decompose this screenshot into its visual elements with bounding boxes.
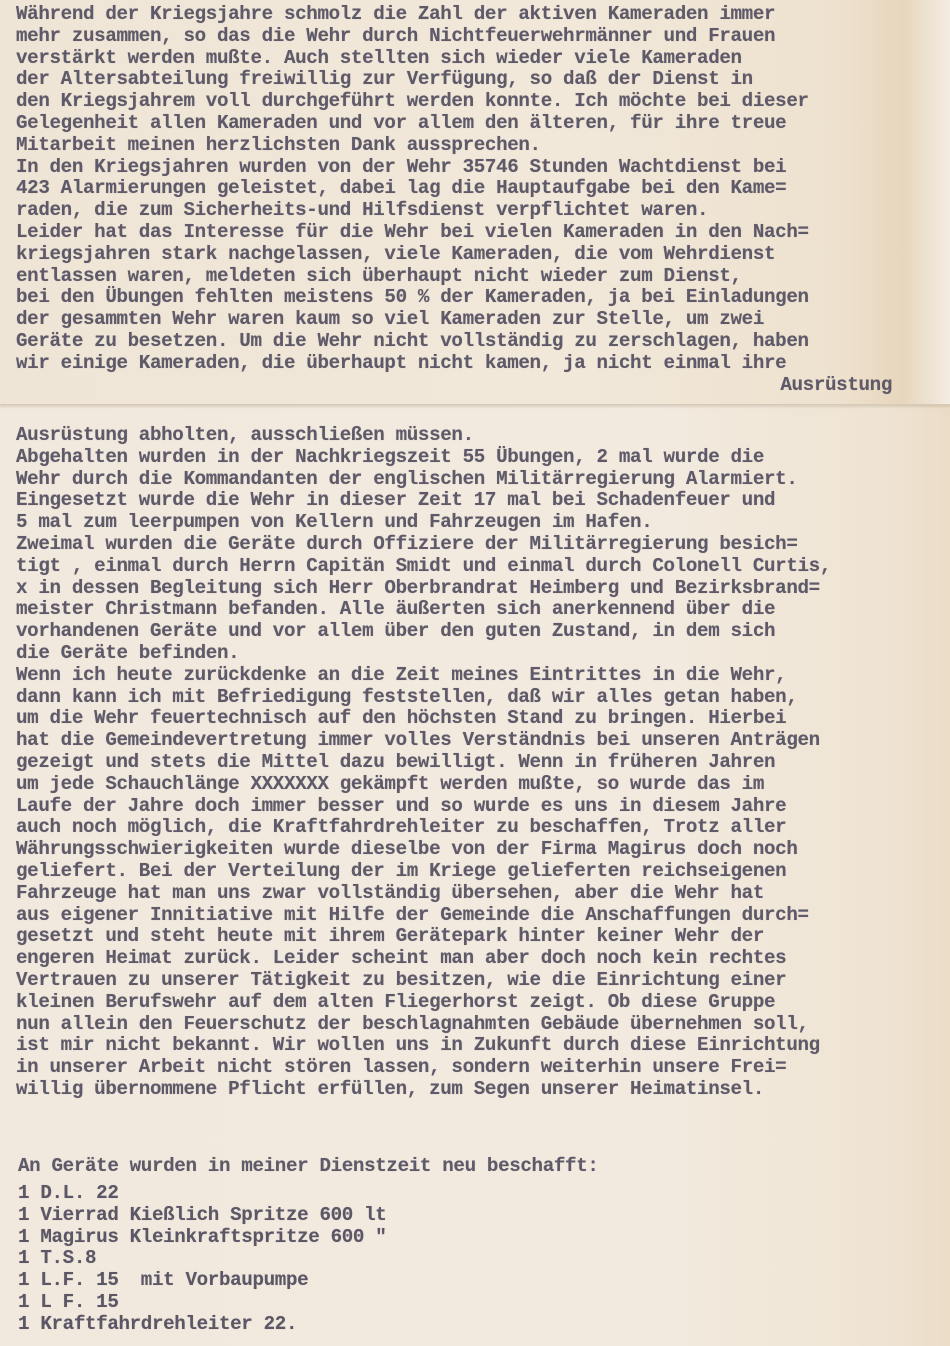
text-line: der gesammten Wehr waren kaum so viel Ka… xyxy=(16,309,950,331)
text-line: vorhandenen Geräte und vor allem über de… xyxy=(16,621,831,643)
equipment-list: 1 D.L. 22 1 Vierrad Kießlich Spritze 600… xyxy=(18,1183,386,1336)
text-line: verstärkt werden mußte. Auch stellten si… xyxy=(16,48,950,70)
text-line: raden, die zum Sicherheits-und Hilfsdien… xyxy=(16,200,950,222)
text-line: kleinen Berufswehr auf dem alten Flieger… xyxy=(16,992,831,1014)
text-line: x in dessen Begleitung sich Herr Oberbra… xyxy=(16,578,831,600)
text-line: tigt , einmal durch Herrn Capitän Smidt … xyxy=(16,556,831,578)
text-line: entlassen waren, meldeten sich überhaupt… xyxy=(16,266,950,288)
text-line: willig übernommene Pflicht erfüllen, zum… xyxy=(16,1079,831,1101)
text-line: gezeigt und stets die Mittel dazu bewill… xyxy=(16,752,831,774)
text-line: Wehr durch die Kommandanten der englisch… xyxy=(16,469,831,491)
equipment-item: 1 L F. 15 xyxy=(18,1292,386,1314)
text-line: 423 Alarmierungen geleistet, dabei lag d… xyxy=(16,178,950,200)
text-line: dann kann ich mit Befriedigung feststell… xyxy=(16,687,831,709)
text-line: Leider hat das Interesse für die Wehr be… xyxy=(16,222,950,244)
document-sheet-top: Während der Kriegsjahre schmolz die Zahl… xyxy=(0,0,950,405)
text-line: 5 mal zum leerpumpen von Kellern und Fah… xyxy=(16,512,831,534)
text-line: geliefert. Bei der Verteilung der im Kri… xyxy=(16,861,831,883)
text-line: hat die Gemeindevertretung immer volles … xyxy=(16,730,831,752)
text-line: um die Wehr feuertechnisch auf den höchs… xyxy=(16,708,831,730)
text-line: Abgehalten wurden in der Nachkriegszeit … xyxy=(16,447,831,469)
text-line: Währungsschwierigkeiten wurde dieselbe v… xyxy=(16,839,831,861)
text-line: in unserer Arbeit nicht stören lassen, s… xyxy=(16,1057,831,1079)
text-line: Gelegenheit allen Kameraden und vor alle… xyxy=(16,113,950,135)
text-line: Ausrüstung abholten, ausschließen müssen… xyxy=(16,425,831,447)
text-line: ist mir nicht bekannt. Wir wollen uns in… xyxy=(16,1035,831,1057)
equipment-item: 1 L.F. 15 mit Vorbaupumpe xyxy=(18,1270,386,1292)
text-block-war-years: Während der Kriegsjahre schmolz die Zahl… xyxy=(16,4,950,396)
scanned-document-page: Während der Kriegsjahre schmolz die Zahl… xyxy=(0,0,950,1346)
text-line: gesetzt und steht heute mit ihrem Geräte… xyxy=(16,926,831,948)
text-line: Geräte zu besetzen. Um die Wehr nicht vo… xyxy=(16,331,950,353)
text-line: bei den Übungen fehlten meistens 50 % de… xyxy=(16,287,950,309)
catchword: Ausrüstung xyxy=(16,375,950,397)
text-line: mehr zusammen, so das die Wehr durch Nic… xyxy=(16,26,950,48)
text-line: Vertrauen zu unserer Tätigkeit zu besitz… xyxy=(16,970,831,992)
text-line: kriegsjahren stark nachgelassen, viele K… xyxy=(16,244,950,266)
equipment-item: 1 T.S.8 xyxy=(18,1248,386,1270)
text-line: Eingesetzt wurde die Wehr in dieser Zeit… xyxy=(16,490,831,512)
text-line: nun allein den Feuerschutz der beschlagn… xyxy=(16,1014,831,1036)
equipment-item: 1 Magirus Kleinkraftspritze 600 " xyxy=(18,1227,386,1249)
equipment-heading: An Geräte wurden in meiner Dienstzeit ne… xyxy=(18,1156,599,1178)
text-block-post-war: Ausrüstung abholten, ausschließen müssen… xyxy=(16,425,831,1101)
text-line: Während der Kriegsjahre schmolz die Zahl… xyxy=(16,4,950,26)
text-line: Fahrzeuge hat man uns zwar vollständig ü… xyxy=(16,883,831,905)
document-sheet-bottom: Ausrüstung abholten, ausschließen müssen… xyxy=(0,405,950,1346)
equipment-item: 1 Kraftfahrdrehleiter 22. xyxy=(18,1314,386,1336)
text-line: aus eigener Innitiative mit Hilfe der Ge… xyxy=(16,905,831,927)
text-line: Mitarbeit meinen herzlichsten Dank aussp… xyxy=(16,135,950,157)
text-line: engeren Heimat zurück. Leider scheint ma… xyxy=(16,948,831,970)
text-line: Zweimal wurden die Geräte durch Offizier… xyxy=(16,534,831,556)
text-line: der Altersabteilung freiwillig zur Verfü… xyxy=(16,69,950,91)
equipment-item: 1 Vierrad Kießlich Spritze 600 lt xyxy=(18,1205,386,1227)
text-line: auch noch möglich, die Kraftfahrdrehleit… xyxy=(16,817,831,839)
text-line: Wenn ich heute zurückdenke an die Zeit m… xyxy=(16,665,831,687)
text-line: Laufe der Jahre doch immer besser und so… xyxy=(16,796,831,818)
text-line: meister Christmann befanden. Alle äußert… xyxy=(16,599,831,621)
text-line: um jede Schauchlänge XXXXXXX gekämpft we… xyxy=(16,774,831,796)
text-line: wir einige Kameraden, die überhaupt nich… xyxy=(16,353,950,375)
text-line: die Geräte befinden. xyxy=(16,643,831,665)
text-line: den Kriegsjahrem voll durchgeführt werde… xyxy=(16,91,950,113)
text-line: In den Kriegsjahren wurden von der Wehr … xyxy=(16,157,950,179)
equipment-item: 1 D.L. 22 xyxy=(18,1183,386,1205)
